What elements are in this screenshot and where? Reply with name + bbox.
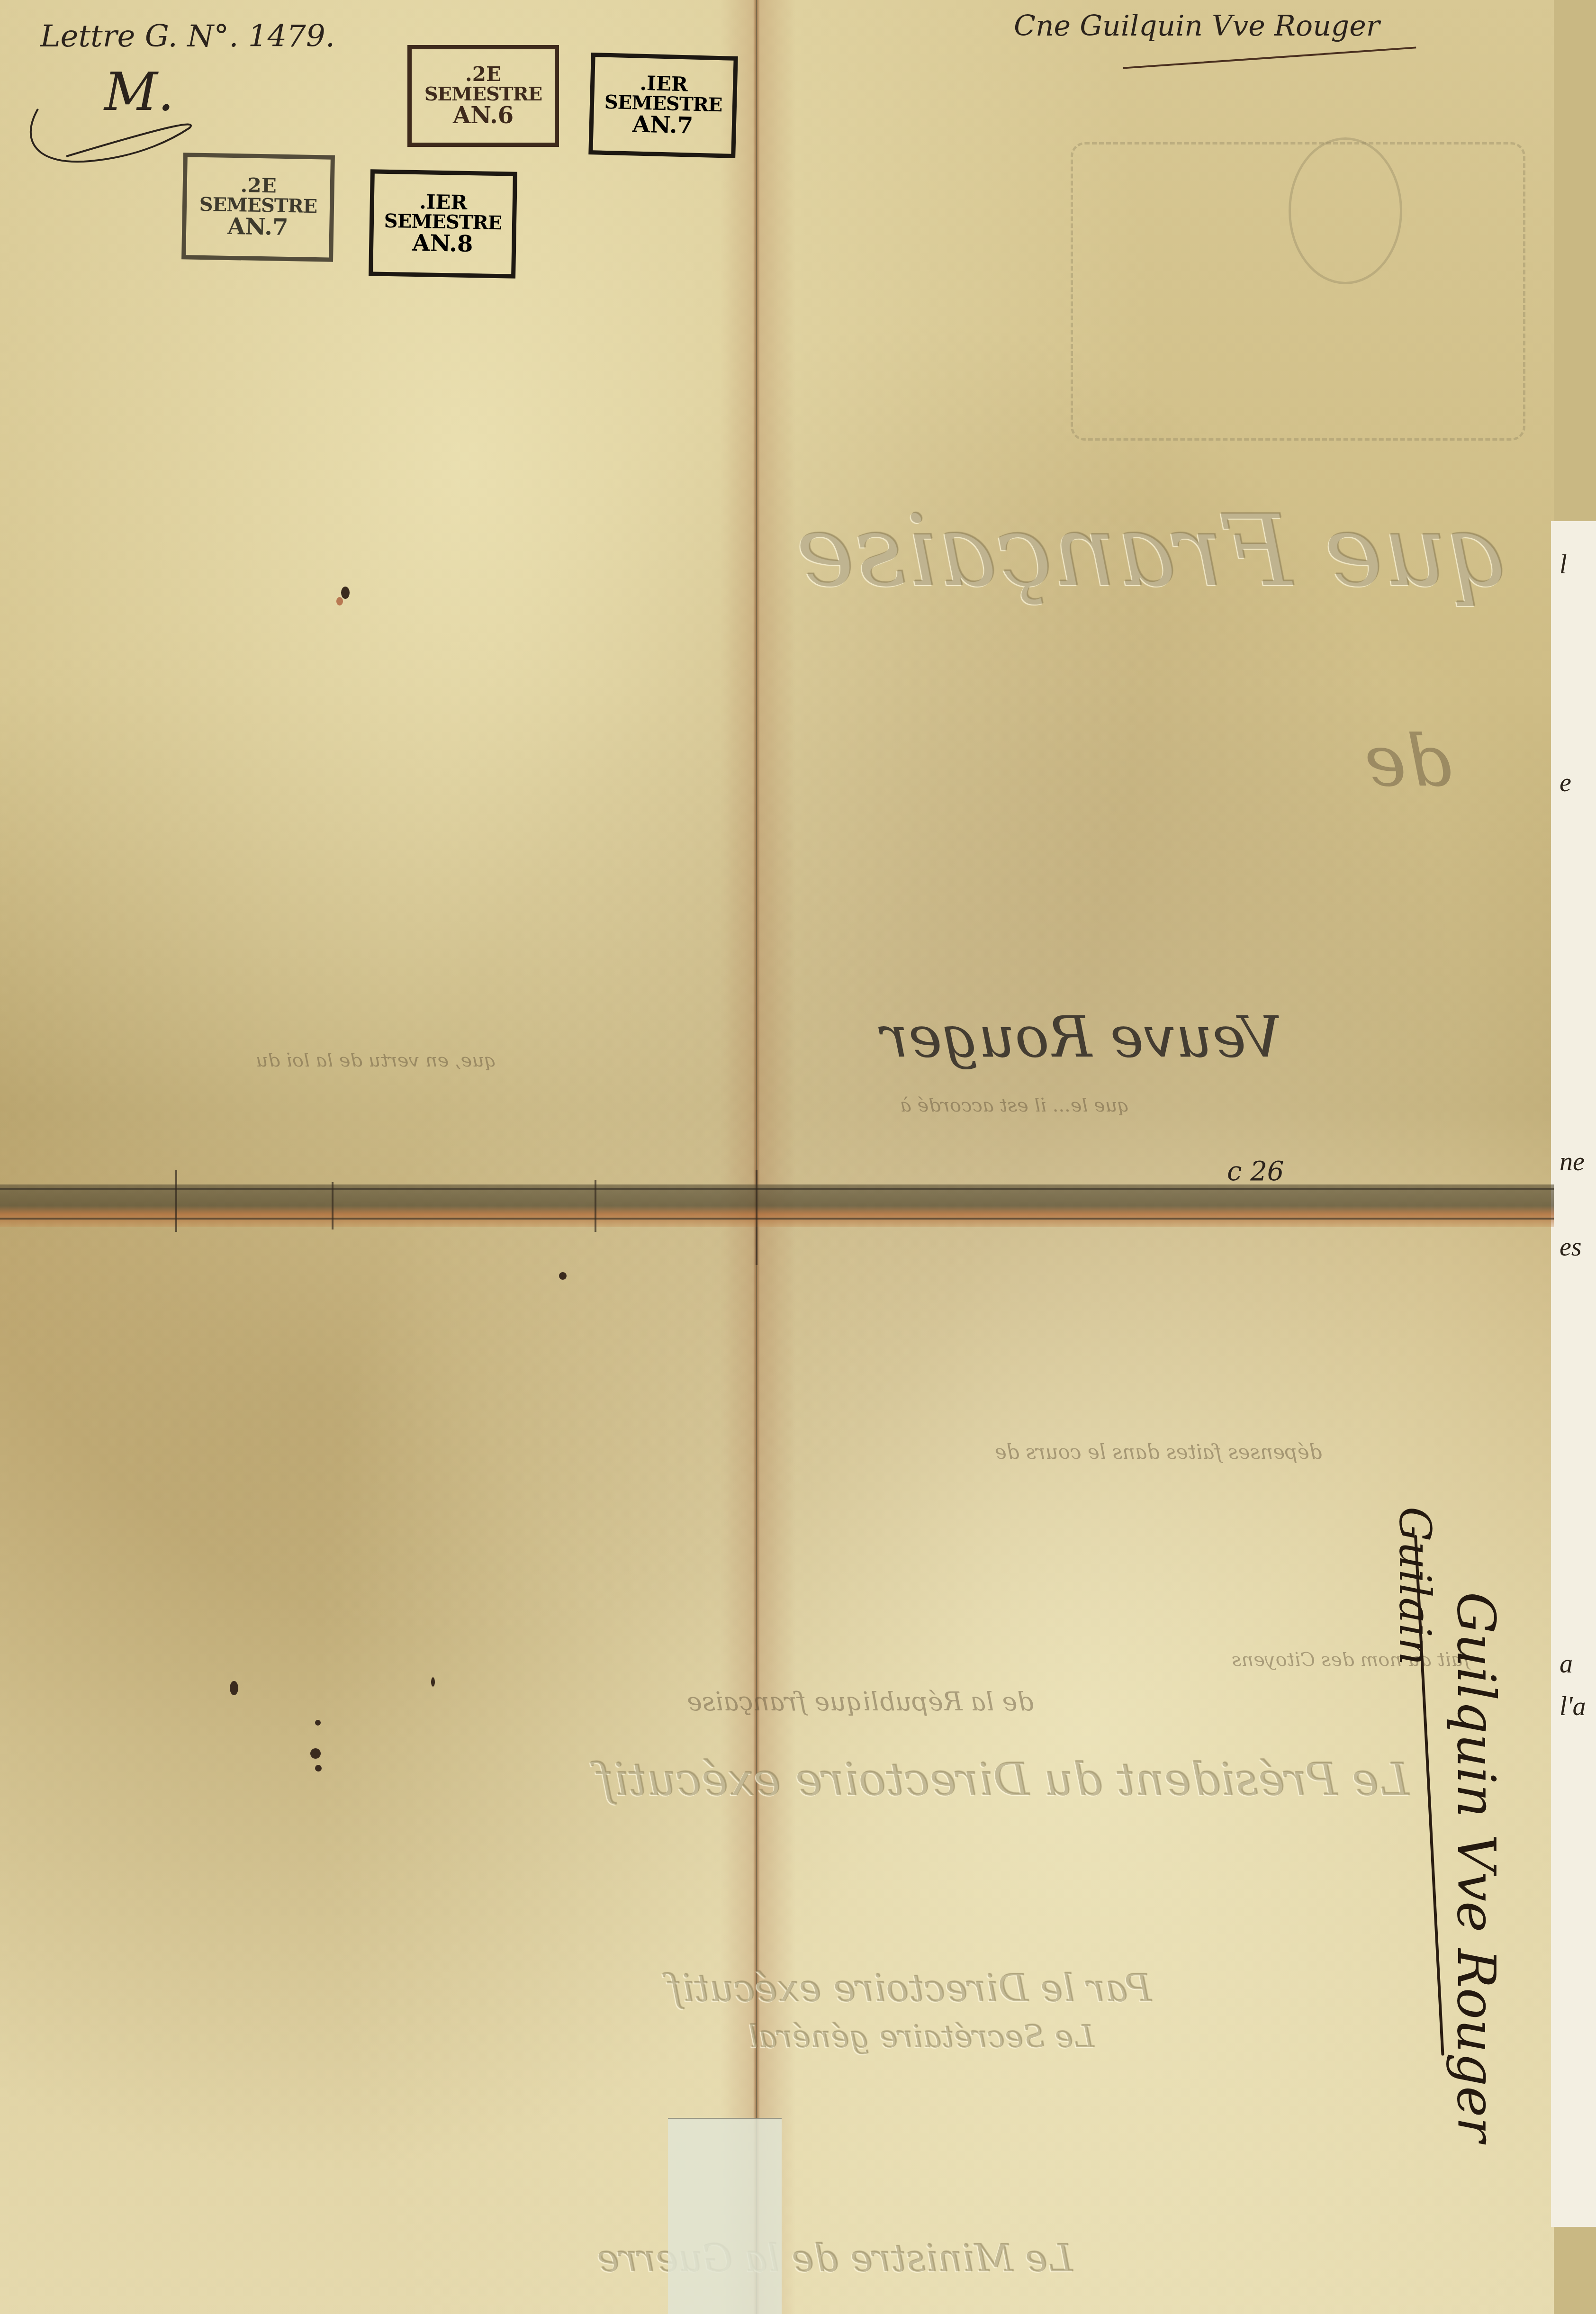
- tear-notch: [756, 1170, 757, 1265]
- vertical-signature-guilquin-rouger: Guilquin Vve Rouger: [1446, 1592, 1506, 2142]
- vertical-signature-guilain: Guilain: [1389, 1507, 1440, 1665]
- underlying-text-fragment: l'a: [1560, 1691, 1586, 1722]
- show-through-line: que, en vertu de la loi du: [256, 1049, 496, 1071]
- semester-stamp-2e-an6: .2E SEMESTRE AN.6: [407, 45, 559, 147]
- tear-edge-lower: [0, 1218, 1554, 1220]
- show-through-line: que le... il est accordé à: [900, 1094, 1129, 1116]
- semester-stamp-1er-an8: .IER SEMESTRE AN.8: [369, 169, 517, 278]
- ink-spot: [315, 1720, 321, 1726]
- show-through-president: Le Président du Directoire exécutif: [597, 1753, 1409, 1806]
- rust-spot: [336, 597, 343, 606]
- stamp-line: SEMESTRE: [424, 85, 542, 104]
- stamp-line: AN.7: [227, 215, 289, 239]
- horizontal-fold-tear: [0, 1184, 1554, 1227]
- embossed-seal-ring: [1289, 137, 1402, 284]
- tear-notch: [332, 1182, 334, 1229]
- show-through-de: de: [1364, 720, 1452, 803]
- show-through-heading: que Française: [796, 493, 1511, 609]
- underlying-text-fragment: l: [1560, 550, 1567, 580]
- tear-notch: [175, 1170, 177, 1232]
- stamp-line: AN.6: [453, 104, 514, 127]
- ink-spot: [559, 1272, 567, 1280]
- ink-spot: [315, 1765, 322, 1772]
- underlying-text-fragment: e: [1560, 768, 1571, 798]
- ink-spot: [310, 1748, 321, 1759]
- ink-spot: [431, 1677, 435, 1687]
- semester-stamp-2e-an7: .2E SEMESTRE AN.7: [181, 153, 335, 262]
- show-through-directoire: Par le Directoire exécutif: [668, 1966, 1151, 2010]
- stamp-line: AN.8: [412, 232, 473, 256]
- tear-edge-upper: [0, 1188, 1554, 1190]
- underlying-text-fragment: a: [1560, 1649, 1573, 1679]
- underlying-document-edge: l e ne es a l'a: [1551, 521, 1596, 2227]
- ink-spot: [230, 1681, 238, 1695]
- repair-tape: [668, 2118, 782, 2314]
- stamp-line: AN.7: [632, 113, 693, 137]
- show-through-line: de la République française: [687, 1687, 1034, 1717]
- stamp-line: .2E: [465, 64, 501, 85]
- semester-stamp-1er-an7: .IER SEMESTRE AN.7: [588, 53, 738, 158]
- recipient-note: Cne Guilquin Vve Rouger: [1014, 9, 1380, 43]
- underlying-text-fragment: ne: [1560, 1147, 1585, 1177]
- tear-notch: [595, 1180, 596, 1232]
- mirrored-signature: Veuve Rouger: [881, 1004, 1282, 1070]
- underlying-text-fragment: es: [1560, 1232, 1582, 1262]
- show-through-line: dépenses faites dans le cours de: [995, 1440, 1322, 1464]
- reference-number-note: Lettre G. N°. 1479.: [40, 19, 335, 54]
- stamp-line: .IER: [419, 192, 468, 213]
- margin-mark: c 26: [1227, 1156, 1284, 1187]
- flourish-icon: [19, 99, 208, 171]
- ink-spot: [341, 587, 350, 599]
- show-through-secretaire: Le Secrétaire général: [748, 2018, 1094, 2055]
- stamp-line: .2E: [240, 176, 277, 197]
